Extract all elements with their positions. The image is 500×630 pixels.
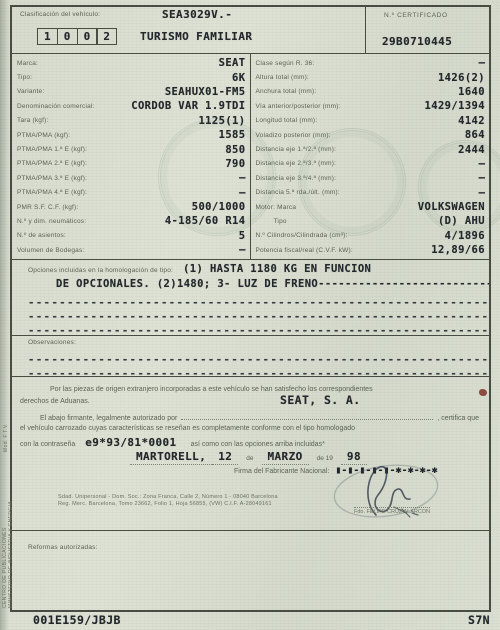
certificate-cell: N.º CERTIFICADO 29B0710445	[365, 7, 489, 53]
spec-row: Tipo:6K	[12, 70, 250, 84]
spec-row: Marca:SEAT	[12, 56, 250, 70]
options-typed-2: DE OPCIONALES. (2)1480; 3- LUZ DE FRENO-…	[12, 278, 489, 293]
fine-print-line2: Reg. Merc. Barcelona, Tomo 23662, Folio …	[58, 501, 358, 508]
spec-row: Denominación comercial:CORDOB VAR 1.9TDI	[12, 99, 250, 113]
code-digit-box: 1	[37, 28, 58, 45]
observations-section: Observaciones: -------------------------…	[12, 336, 489, 377]
spec-row: Distancia eje 3.ª/4.ª (mm):—	[251, 171, 490, 185]
signature-caption: Firma del Fabricante Nacional:	[234, 468, 329, 475]
spec-row: PTMA/PMA 3.ª E (kgf):—	[12, 171, 250, 185]
spec-row: Longitud total (mm):4142	[251, 114, 490, 128]
options-section: Opciones incluidas en la homologación de…	[12, 260, 489, 336]
code-digit-box: 2	[96, 28, 117, 45]
certificate-form: Clasificación del vehículo: SEA3029V.- 1…	[10, 5, 491, 612]
spec-row: Distancia 5.ª rda./últ. (mm):—	[251, 186, 490, 200]
spec-row: Tara (kgf):1125(1)	[12, 114, 250, 128]
options-typed-1: (1) HASTA 1180 KG EN FUNCION	[183, 263, 371, 275]
spec-row: Potencia fiscal/real (C.V.F. kW):12,89/6…	[251, 243, 490, 257]
observations-label: Observaciones:	[12, 339, 489, 350]
spec-row: PMR S.F. C.F. (kgf):500/1000	[12, 200, 250, 214]
spec-row: N.º de asientos:5	[12, 229, 250, 243]
spec-row: Volumen de Bodegas:—	[12, 243, 250, 257]
margin-model-code: Mod. F.T.V.	[4, 423, 10, 452]
header-section: Clasificación del vehículo: SEA3029V.- 1…	[12, 7, 489, 54]
footer-page-code: S7N	[468, 613, 490, 627]
options-line1: Opciones incluidas en la homologación de…	[12, 263, 489, 278]
customs-declaration-section: Por las piezas de origen extranjero inco…	[12, 377, 489, 531]
authorization-pre-text: El abajo firmante, legalmente autorizado…	[40, 415, 177, 422]
code-digit-box: 0	[77, 28, 98, 45]
spec-row: PTMA/PMA 4.ª E (kgf):—	[12, 186, 250, 200]
company-fine-print: Sdad. Unipersonal - Dom. Soc.: Zona Fran…	[58, 494, 358, 507]
dash-filler-line: ----------------------------------------…	[28, 297, 489, 307]
customs-statement-line2: derechos de Aduanas.	[20, 398, 90, 405]
reforms-label: Reformas autorizadas:	[28, 544, 98, 551]
type-approval-code: e9*93/81*0001	[85, 436, 176, 449]
dash-filler-line: ----------------------------------------…	[28, 354, 489, 364]
spec-row: Vía anterior/posterior (mm):1429/1394	[251, 99, 490, 113]
dash-filler-line: ----------------------------------------…	[28, 325, 489, 335]
dash-filler-line: ----------------------------------------…	[28, 311, 489, 321]
conformity-line: el vehículo carrozado cuyas característi…	[20, 425, 355, 432]
classification-label: Clasificación del vehículo:	[20, 11, 100, 18]
customs-statement-line1: Por las piezas de origen extranjero inco…	[50, 386, 482, 393]
approval-post-text: así como con las opciones arriba incluid…	[191, 441, 325, 448]
spec-row: Anchura total (mm):1640	[251, 85, 490, 99]
spec-row: N.º Cilindros/Cilindrada (cm³):4/1896	[251, 229, 490, 243]
classification-code-boxes: 1 0 0 2	[37, 28, 116, 45]
scanned-certificate-page: Clasificación del vehículo: SEA3029V.- 1…	[0, 0, 500, 630]
spec-row: Distancia eje 2.ª/3.ª (mm):—	[251, 157, 490, 171]
de-label: de	[246, 455, 253, 462]
spec-row: Altura total (mm):1426(2)	[251, 70, 490, 84]
spec-row: N.º y dim. neumáticos:4-185/60 R14	[12, 214, 250, 228]
code-digit-box: 0	[57, 28, 78, 45]
reforms-section: Reformas autorizadas:	[12, 531, 489, 610]
spec-row: PTMA/PMA 1.ª E (kgf):850	[12, 142, 250, 156]
spec-row: PTMA/PMA 2.ª E (kgf):790	[12, 157, 250, 171]
signing-city: MARTORELL,	[130, 450, 212, 465]
specs-section: Marca:SEAT Tipo:6K Variante:SEAHUX01-FM5…	[12, 54, 489, 260]
signer-name: Fdo. FELIPE CRUZ ALARCON	[354, 507, 430, 515]
certificate-label: N.º CERTIFICADO	[384, 12, 448, 19]
spec-row: PTMA/PMA (kgf):1585	[12, 128, 250, 142]
approval-pre-text: con la contraseña	[20, 441, 75, 448]
signing-day: 12	[212, 450, 238, 465]
spec-row: Variante:SEAHUX01-FM5	[12, 85, 250, 99]
specs-left-column: Marca:SEAT Tipo:6K Variante:SEAHUX01-FM5…	[12, 54, 251, 259]
company-name: SEAT, S. A.	[280, 393, 361, 407]
spec-row: Tipo(D) AHU	[251, 214, 490, 228]
spec-row: Voladizo posterior (mm):864	[251, 128, 490, 142]
approval-line: con la contraseña e9*93/81*0001 así como…	[20, 436, 479, 449]
specs-right-column: Clase según R. 36:— Altura total (mm):14…	[251, 54, 490, 259]
options-label: Opciones incluidas en la homologación de…	[28, 267, 173, 274]
signing-month: MARZO	[262, 450, 309, 465]
margin-publisher-text: CENTRO DE PUBLICACIONES MINISTERIO DE IN…	[3, 501, 14, 608]
authorization-line: El abajo firmante, legalmente autorizado…	[40, 412, 479, 422]
spec-row: Distancia eje 1.ª/2.ª (mm):2444	[251, 142, 490, 156]
footer-reference-code: 001E159/JBJB	[33, 613, 121, 627]
dotted-leader	[181, 412, 433, 420]
spec-row: Clase según R. 36:—	[251, 56, 490, 70]
authorization-post-text: , certifica que	[437, 415, 479, 422]
classification-value: SEA3029V.-	[162, 8, 232, 21]
certificate-number: 29B0710445	[382, 35, 452, 48]
dash-filler-line: ----------------------------------------…	[28, 368, 489, 377]
vehicle-class-text: TURISMO FAMILIAR	[140, 30, 252, 43]
spec-row: Motor: MarcaVOLKSWAGEN	[251, 200, 490, 214]
